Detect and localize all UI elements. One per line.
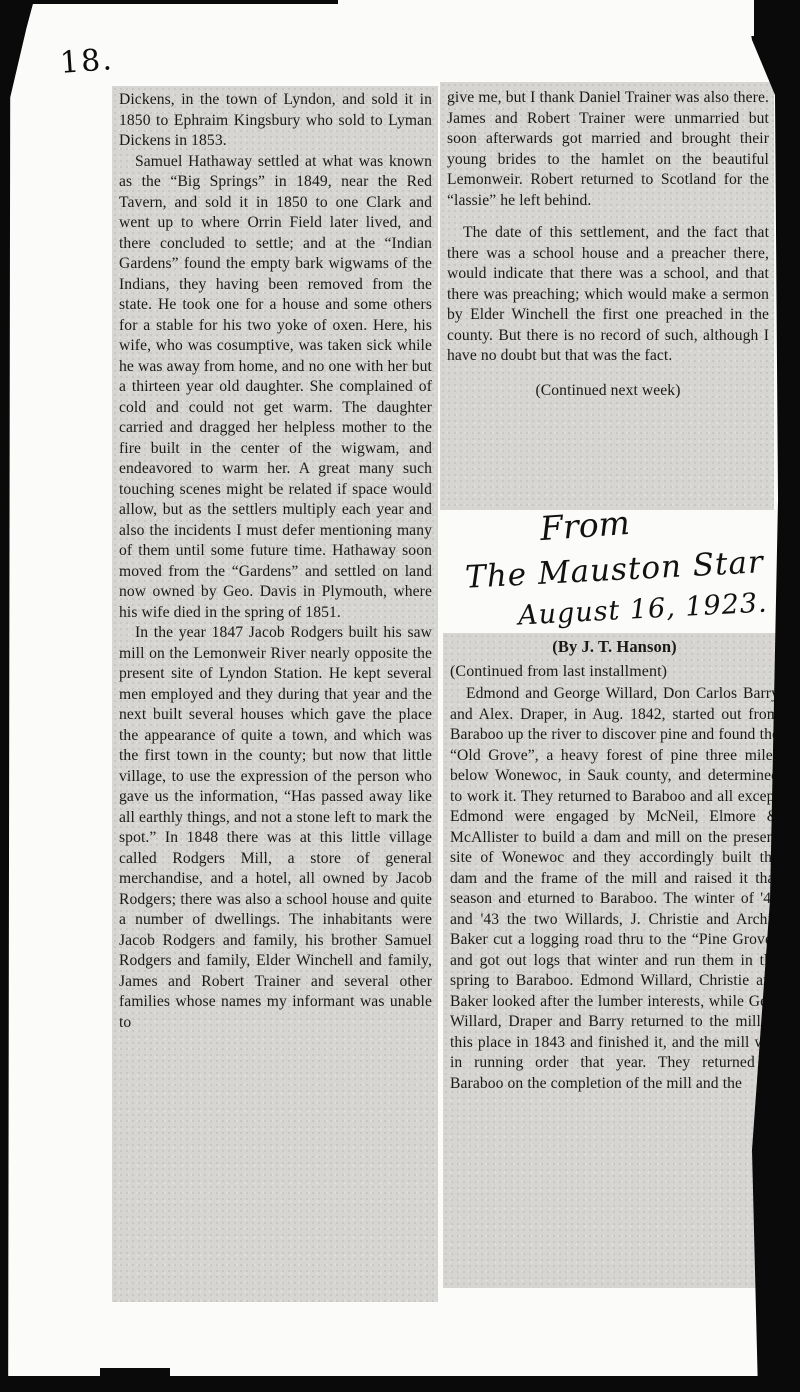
clipping-paragraph: The date of this settlement, and the fac… — [447, 223, 769, 367]
handwritten-source-note-line: The Mauston Star — [464, 544, 764, 596]
clipping-paragraph: In the year 1847 Jacob Rodgers built his… — [119, 623, 432, 1033]
newspaper-clipping-right-bottom: (By J. T. Hanson) (Continued from last i… — [443, 633, 783, 1288]
scan-border-left — [0, 0, 34, 1392]
newspaper-clipping-left: Dickens, in the town of Lyndon, and sold… — [112, 86, 438, 1302]
byline: (By J. T. Hanson) — [450, 637, 779, 658]
page-number: 18. — [59, 42, 115, 81]
continued-next-week-note: (Continued next week) — [447, 381, 769, 402]
clipping-paragraph: give me, but I thank Daniel Trainer was … — [447, 88, 769, 211]
scan-notch-top-right — [737, 0, 754, 36]
scan-border-top — [28, 0, 338, 4]
newspaper-clipping-right-top: give me, but I thank Daniel Trainer was … — [440, 82, 774, 510]
continued-from-note: (Continued from last installment) — [450, 662, 779, 683]
handwritten-source-note-line: From — [539, 503, 631, 548]
clipping-paragraph: Edmond and George Willard, Don Carlos Ba… — [450, 684, 779, 1094]
clipping-paragraph: Dickens, in the town of Lyndon, and sold… — [119, 90, 432, 152]
scan-border-bottom-bump — [100, 1368, 170, 1380]
handwritten-source-note-line: August 16, 1923. — [517, 587, 768, 631]
clipping-paragraph: Samuel Hathaway settled at what was know… — [119, 152, 432, 624]
